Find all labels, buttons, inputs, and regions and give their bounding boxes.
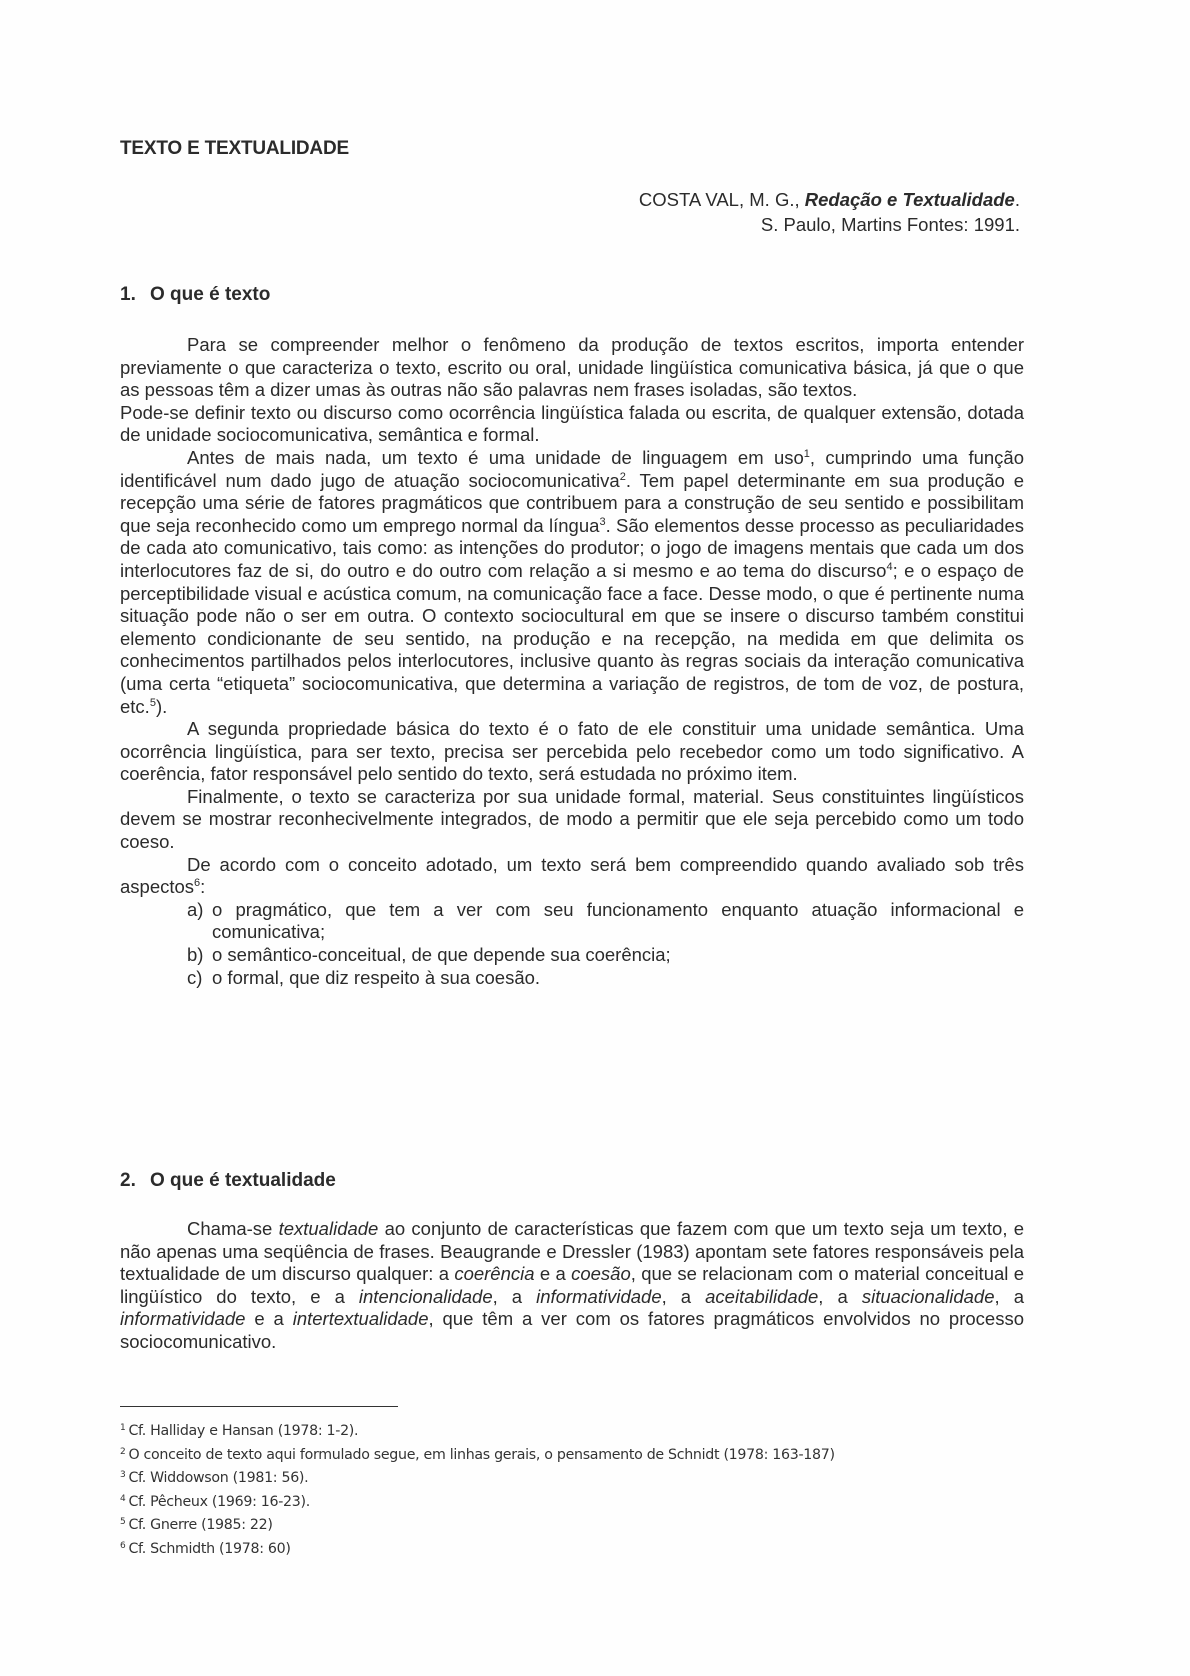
footnote-text: Cf. Gnerre (1985: 22) bbox=[128, 1517, 272, 1533]
section-2-heading: 2.O que é textualidade bbox=[120, 1170, 336, 1192]
text-run: e a bbox=[535, 1263, 572, 1284]
footnote-number: 6 bbox=[120, 1541, 125, 1551]
section-heading-text: O que é textualidade bbox=[150, 1170, 336, 1191]
paragraph: Pode-se definir texto ou discurso como o… bbox=[120, 402, 1024, 447]
footnote: 4Cf. Pêcheux (1969: 16-23). bbox=[120, 1489, 835, 1513]
reference-punctuation: . bbox=[1015, 189, 1020, 210]
footnote: 2O conceito de texto aqui formulado segu… bbox=[120, 1442, 835, 1466]
footnote: 3Cf. Widdowson (1981: 56). bbox=[120, 1465, 835, 1489]
footnote-number: 5 bbox=[120, 1517, 125, 1527]
footnote: 6Cf. Schmidth (1978: 60) bbox=[120, 1536, 835, 1560]
emphasis: intencionalidade bbox=[359, 1286, 493, 1307]
emphasis: textualidade bbox=[279, 1218, 379, 1239]
footnote-text: O conceito de texto aqui formulado segue… bbox=[128, 1447, 834, 1463]
list-marker: b) bbox=[187, 944, 203, 967]
text-run: , a bbox=[818, 1286, 862, 1307]
list-item: a)o pragmático, que tem a ver com seu fu… bbox=[120, 899, 1024, 944]
document-title: TEXTO E TEXTUALIDADE bbox=[120, 138, 349, 160]
footnote-text: Cf. Halliday e Hansan (1978: 1-2). bbox=[128, 1423, 358, 1439]
footnote-number: 3 bbox=[120, 1470, 125, 1480]
reference-book-title: Redação e Textualidade bbox=[805, 189, 1015, 210]
footnote-number: 4 bbox=[120, 1494, 125, 1504]
text-run: , a bbox=[995, 1286, 1024, 1307]
list-item-text: o pragmático, que tem a ver com seu func… bbox=[212, 899, 1024, 943]
footnotes: 1Cf. Halliday e Hansan (1978: 1-2). 2O c… bbox=[120, 1418, 835, 1559]
emphasis: intertextualidade bbox=[293, 1308, 429, 1329]
list-item-text: o formal, que diz respeito à sua coesão. bbox=[212, 967, 540, 988]
paragraph: Chama-se textualidade ao conjunto de car… bbox=[120, 1218, 1024, 1354]
text-run: e a bbox=[245, 1308, 292, 1329]
paragraph: De acordo com o conceito adotado, um tex… bbox=[120, 854, 1024, 899]
text-run: Chama-se bbox=[187, 1218, 279, 1239]
footnote-number: 1 bbox=[120, 1423, 125, 1433]
emphasis: coerência bbox=[454, 1263, 534, 1284]
reference-line-1: COSTA VAL, M. G., Redação e Textualidade… bbox=[639, 187, 1020, 212]
reference-author: COSTA VAL, M. G., bbox=[639, 189, 805, 210]
paragraph: Finalmente, o texto se caracteriza por s… bbox=[120, 786, 1024, 854]
paragraph: Para se compreender melhor o fenômeno da… bbox=[120, 334, 1024, 402]
reference-line-2: S. Paulo, Martins Fontes: 1991. bbox=[639, 212, 1020, 237]
footnote-text: Cf. Widdowson (1981: 56). bbox=[128, 1470, 308, 1486]
list-marker: c) bbox=[187, 967, 202, 990]
footnote: 5Cf. Gnerre (1985: 22) bbox=[120, 1512, 835, 1536]
text-run: ). bbox=[156, 696, 167, 717]
section-number: 2. bbox=[120, 1170, 150, 1192]
list-item: c)o formal, que diz respeito à sua coesã… bbox=[120, 967, 1024, 990]
emphasis: situacionalidade bbox=[862, 1286, 995, 1307]
emphasis: coesão bbox=[571, 1263, 631, 1284]
paragraph: Antes de mais nada, um texto é uma unida… bbox=[120, 447, 1024, 718]
footnote: 1Cf. Halliday e Hansan (1978: 1-2). bbox=[120, 1418, 835, 1442]
section-heading-text: O que é texto bbox=[150, 284, 270, 305]
list-item: b)o semântico-conceitual, de que depende… bbox=[120, 944, 1024, 967]
section-1-heading: 1.O que é texto bbox=[120, 284, 270, 306]
text-run: , a bbox=[493, 1286, 537, 1307]
text-run: Antes de mais nada, um texto é uma unida… bbox=[187, 447, 804, 468]
text-run: : bbox=[200, 876, 205, 897]
text-run: ; e o espaço de perceptibilidade visual … bbox=[120, 560, 1024, 717]
section-1-body: Para se compreender melhor o fenômeno da… bbox=[120, 334, 1024, 989]
text-run: , a bbox=[662, 1286, 706, 1307]
emphasis: informatividade bbox=[120, 1308, 245, 1329]
emphasis: informatividade bbox=[536, 1286, 661, 1307]
list-marker: a) bbox=[187, 899, 203, 922]
aspects-list: a)o pragmático, que tem a ver com seu fu… bbox=[120, 899, 1024, 989]
footnote-text: Cf. Schmidth (1978: 60) bbox=[128, 1541, 290, 1557]
footnote-text: Cf. Pêcheux (1969: 16-23). bbox=[128, 1494, 310, 1510]
document-page: TEXTO E TEXTUALIDADE COSTA VAL, M. G., R… bbox=[0, 0, 1190, 1676]
paragraph: A segunda propriedade básica do texto é … bbox=[120, 718, 1024, 786]
text-run: De acordo com o conceito adotado, um tex… bbox=[120, 854, 1024, 898]
bibliographic-reference: COSTA VAL, M. G., Redação e Textualidade… bbox=[639, 187, 1020, 237]
section-2-body: Chama-se textualidade ao conjunto de car… bbox=[120, 1218, 1024, 1354]
section-number: 1. bbox=[120, 284, 150, 306]
footnote-separator bbox=[120, 1406, 398, 1407]
footnote-number: 2 bbox=[120, 1447, 125, 1457]
emphasis: aceitabilidade bbox=[705, 1286, 818, 1307]
list-item-text: o semântico-conceitual, de que depende s… bbox=[212, 944, 671, 965]
